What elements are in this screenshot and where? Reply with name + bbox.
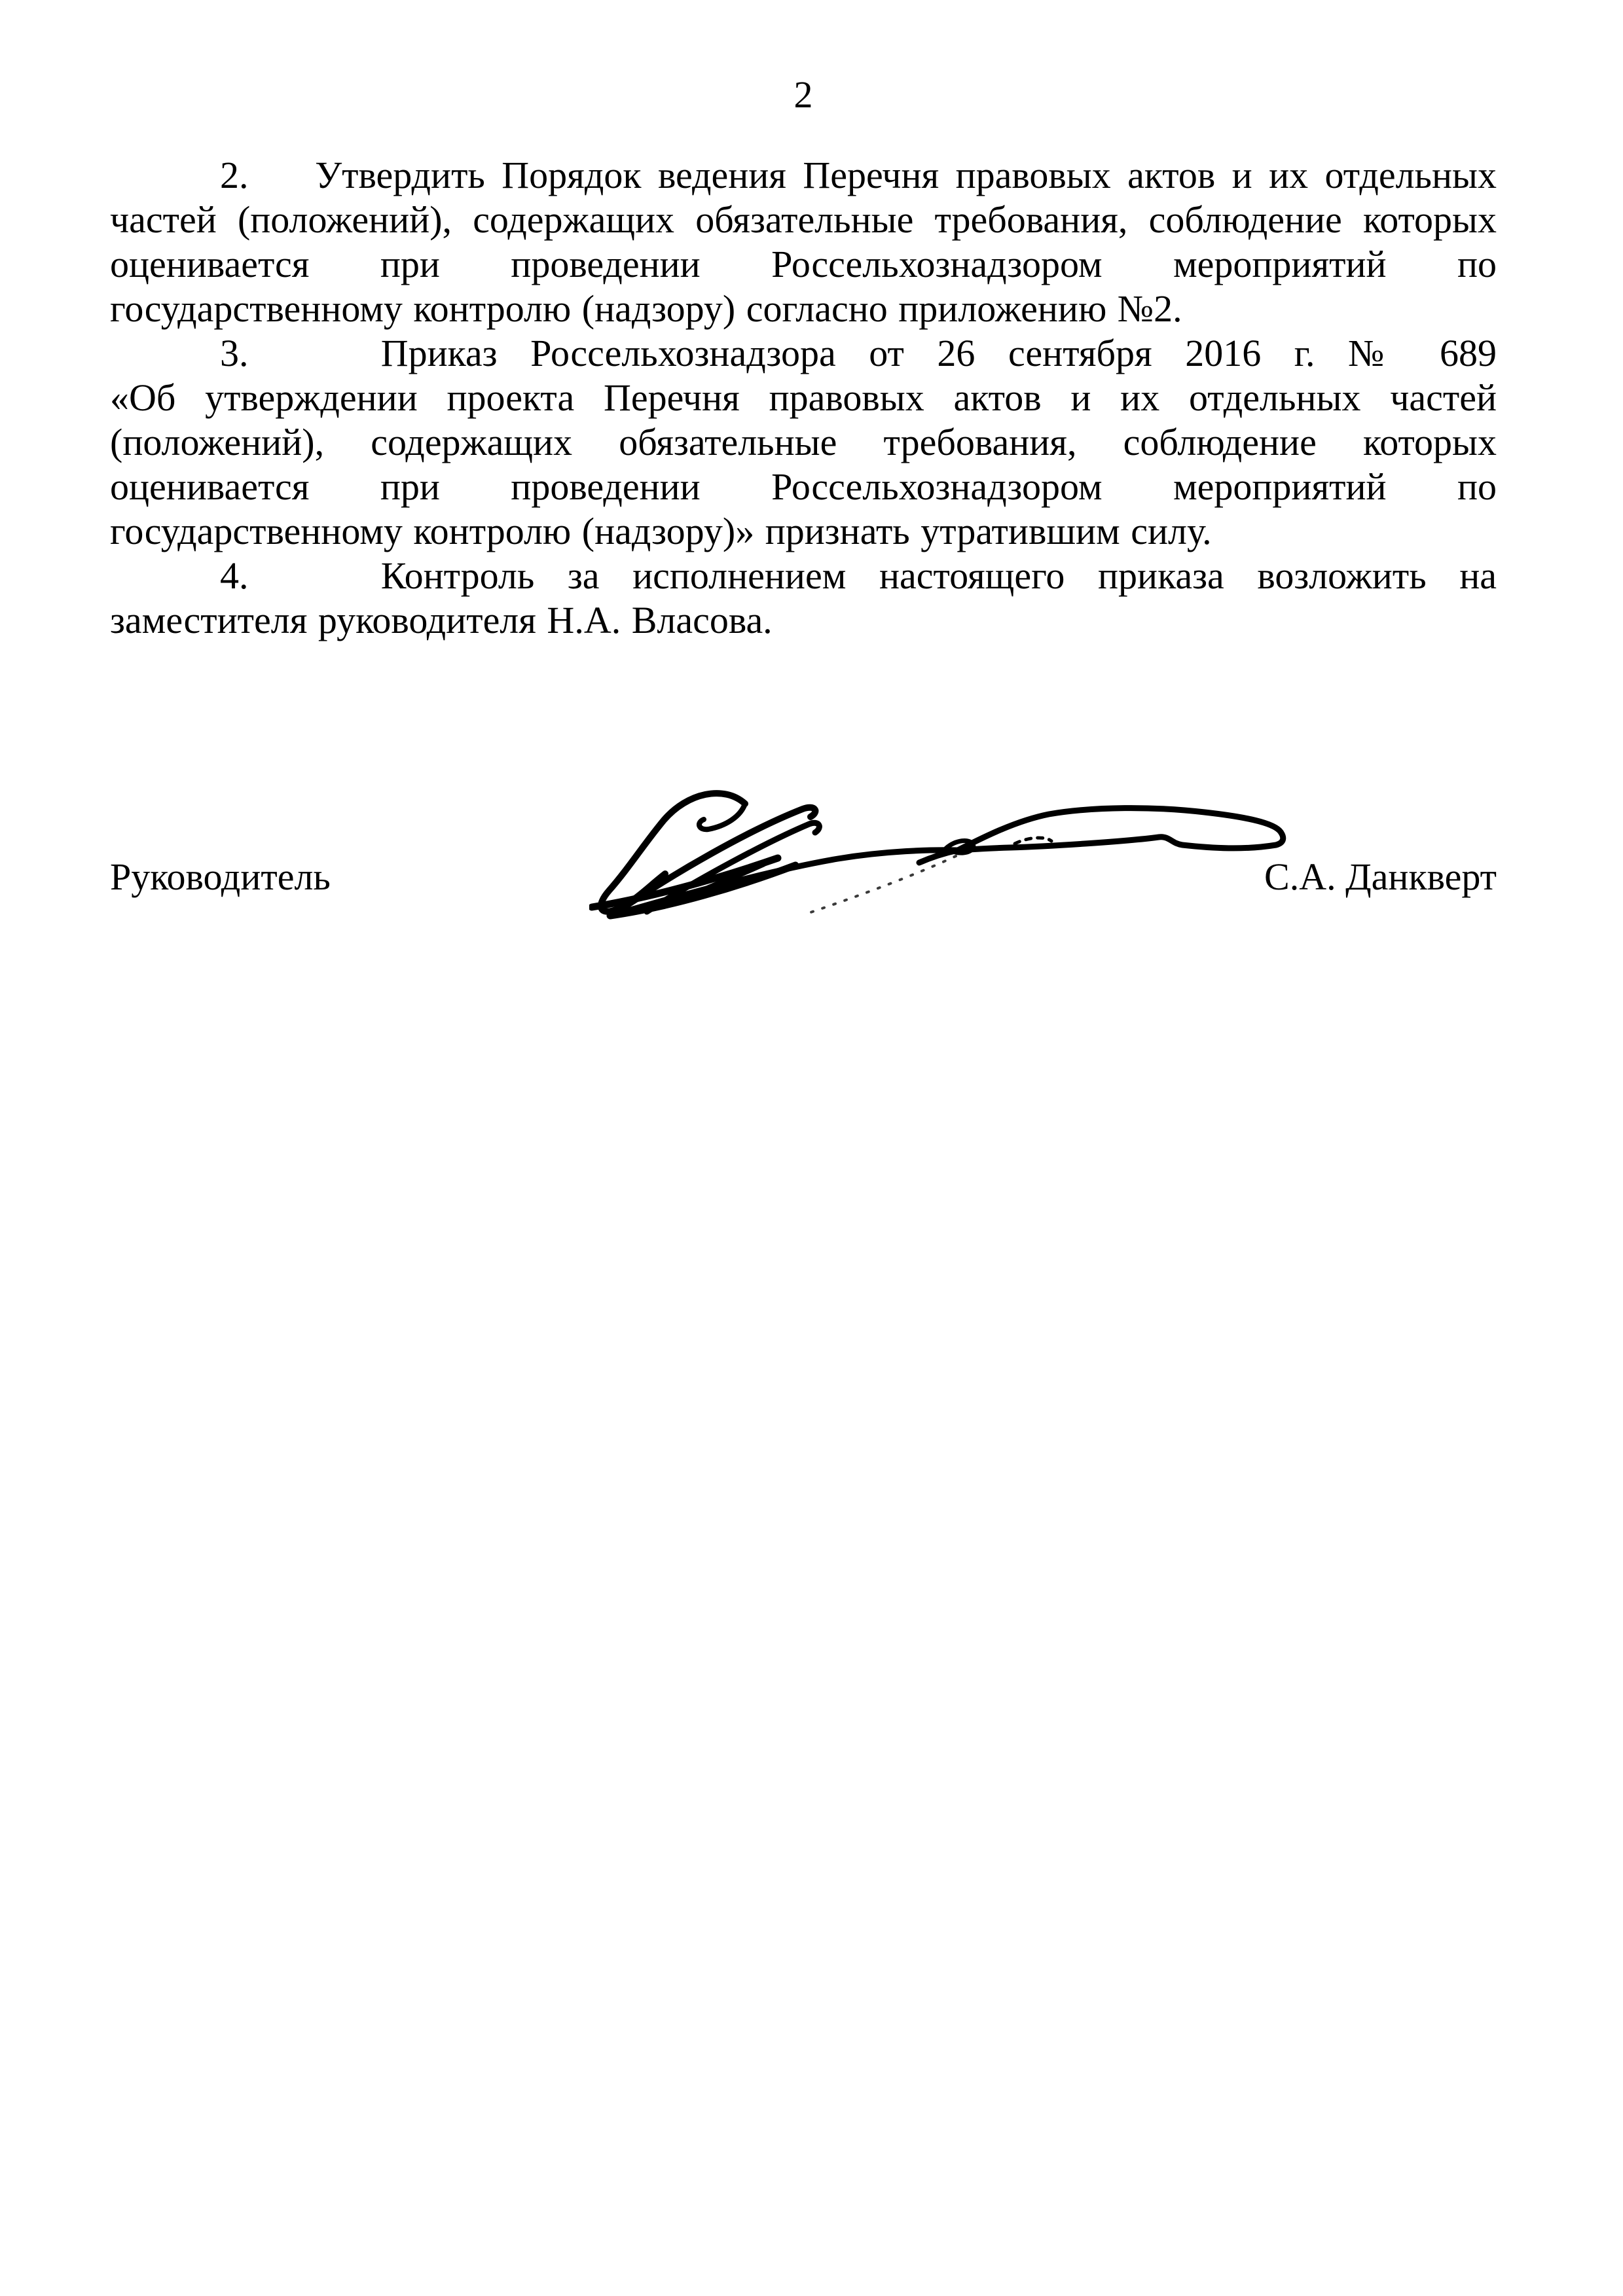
signatory-name: С.А. Данкверт bbox=[1264, 855, 1497, 899]
scanned-document-page: 2 2. Утвердить Порядок ведения Перечня п… bbox=[0, 0, 1623, 2296]
signature-block: Руководитель С.А. Данкверт bbox=[110, 855, 1497, 899]
paragraph-3-line-3: (положений), содержащих обязательные тре… bbox=[110, 420, 1497, 465]
paragraph-3-line-1: 3. Приказ Россельхознадзора от 26 сентяб… bbox=[110, 331, 1497, 376]
paragraph-4-line-1: 4. Контроль за исполнением настоящего пр… bbox=[110, 554, 1497, 598]
paragraph-2-line-3: оценивается при проведении Россельхознад… bbox=[110, 242, 1497, 287]
paragraph-3-line-2: «Об утверждении проекта Перечня правовых… bbox=[110, 376, 1497, 420]
paragraph-3-line-5: государственному контролю (надзору)» при… bbox=[110, 509, 1497, 554]
paragraph-2-line-2: частей (положений), содержащих обязатель… bbox=[110, 198, 1497, 242]
page-number: 2 bbox=[110, 76, 1497, 114]
signatory-title: Руководитель bbox=[110, 855, 331, 899]
paragraph-2-line-1: 2. Утвердить Порядок ведения Перечня пра… bbox=[110, 153, 1497, 198]
paragraph-2-line-4: государственному контролю (надзору) согл… bbox=[110, 287, 1497, 331]
paragraph-4-line-2: заместителя руководителя Н.А. Власова. bbox=[110, 598, 1497, 643]
document-body: 2. Утвердить Порядок ведения Перечня пра… bbox=[110, 153, 1497, 643]
paragraph-3-line-4: оценивается при проведении Россельхознад… bbox=[110, 465, 1497, 509]
